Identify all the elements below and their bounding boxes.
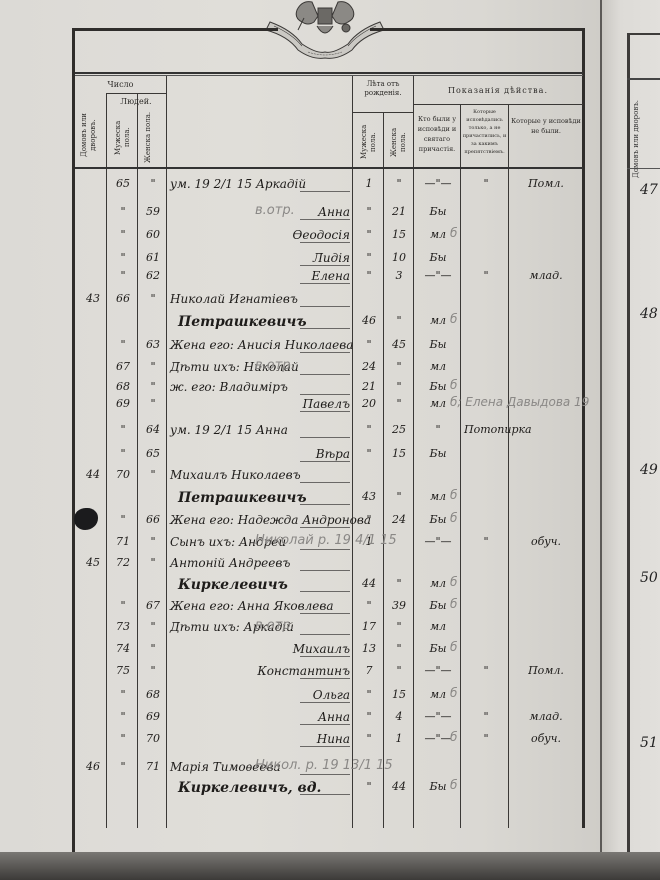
age-female: "	[386, 620, 412, 633]
age-male: "	[356, 688, 382, 701]
header-people: Людей.	[106, 97, 166, 106]
name-underline	[300, 570, 350, 571]
name-underline	[300, 283, 350, 284]
person-name: Вѣра	[170, 447, 350, 461]
adjacent-header-households: Домовъ или дворовъ.	[632, 100, 641, 178]
name-underline	[300, 265, 350, 266]
male-count: "	[110, 228, 136, 241]
hdr-line-count	[106, 93, 166, 94]
pencil-annotation: б	[450, 312, 457, 326]
female-count: 62	[140, 269, 166, 282]
female-count: "	[140, 535, 166, 548]
hdr-line-age	[352, 112, 413, 113]
person-name: Николай Игнатіевъ	[170, 292, 350, 306]
age-male: 44	[356, 577, 382, 590]
name-underline	[300, 328, 350, 329]
col-line-1	[106, 93, 107, 828]
male-count: 71	[110, 535, 136, 548]
name-underline	[300, 191, 350, 192]
pencil-annotation: б	[450, 640, 457, 654]
male-count: "	[110, 513, 136, 526]
male-count: 73	[110, 620, 136, 633]
adjacent-household-51: 51	[640, 735, 658, 751]
age-male: "	[356, 228, 382, 241]
female-count: "	[140, 177, 166, 190]
age-male: "	[356, 269, 382, 282]
age-female: 39	[386, 599, 412, 612]
name-underline	[300, 702, 350, 703]
confessed-only-mark: "	[464, 535, 508, 548]
table-frame-right	[582, 28, 585, 828]
header-count: Число	[75, 80, 166, 89]
age-male: "	[356, 780, 382, 793]
person-name: ж. его: Владимiръ	[170, 380, 350, 394]
table-frame-top-right	[370, 28, 584, 31]
confessed-mark: Бы	[418, 251, 458, 264]
col-line-2	[137, 93, 138, 828]
adjacent-household-49: 49	[640, 462, 658, 478]
female-count: 65	[140, 447, 166, 460]
adjacent-header-rule	[627, 78, 660, 80]
hdr-line-actions	[413, 104, 583, 105]
female-count: "	[140, 360, 166, 373]
col-line-3	[166, 76, 167, 828]
female-count: 68	[140, 688, 166, 701]
household-number: 46	[82, 760, 104, 773]
name-underline	[300, 634, 350, 635]
age-male: "	[356, 423, 382, 436]
header-top-rule-inner	[75, 75, 583, 76]
person-name: Михаилъ Николаевъ	[170, 468, 350, 482]
age-male: "	[356, 710, 382, 723]
pencil-annotation: б	[450, 575, 457, 589]
table-frame-top-left	[72, 28, 278, 31]
adjacent-household-48: 48	[640, 306, 658, 322]
female-count: "	[140, 664, 166, 677]
male-count: 65	[110, 177, 136, 190]
not-confessed-mark: Помл.	[510, 177, 582, 190]
register-page: ИСПОВЕДНАЯ ВЕДОМОСТЬ Число Людей. Домовъ…	[0, 0, 600, 860]
pencil-annotation: б	[450, 730, 457, 744]
age-female: 25	[386, 423, 412, 436]
not-confessed-mark: обуч.	[510, 535, 582, 548]
male-count: "	[110, 710, 136, 723]
adjacent-household-47: 47	[640, 182, 658, 198]
name-underline	[300, 461, 350, 462]
name-underline	[300, 549, 350, 550]
male-count: 67	[110, 360, 136, 373]
name-underline	[300, 613, 350, 614]
age-female: 44	[386, 780, 412, 793]
male-count: "	[110, 205, 136, 218]
age-male: "	[356, 599, 382, 612]
female-count: 67	[140, 599, 166, 612]
male-count: 69	[110, 397, 136, 410]
person-name: Елена	[170, 269, 350, 283]
not-confessed-mark: обуч.	[510, 732, 582, 745]
name-underline	[300, 504, 350, 505]
female-count: 61	[140, 251, 166, 264]
name-underline	[300, 394, 350, 395]
header-not-confessed: Которые у исповѣди не были.	[510, 116, 582, 136]
person-name: Антоній Андреевъ	[170, 556, 350, 570]
female-count: 69	[140, 710, 166, 723]
female-count: 64	[140, 423, 166, 436]
name-underline	[300, 527, 350, 528]
age-male: "	[356, 338, 382, 351]
household-number: 43	[82, 292, 104, 305]
age-male: 17	[356, 620, 382, 633]
female-count: 71	[140, 760, 166, 773]
person-name: Нина	[170, 732, 350, 746]
age-male: 21	[356, 380, 382, 393]
name-underline	[300, 724, 350, 725]
person-name: Михаилъ	[170, 642, 350, 656]
name-underline	[300, 774, 350, 775]
confessed-mark: —"—	[418, 535, 458, 548]
name-underline	[300, 678, 350, 679]
female-count: "	[140, 468, 166, 481]
person-name: ум. 19 2/1 15 Аркадій	[170, 177, 350, 191]
header-age-female: Женска пола.	[390, 118, 406, 166]
pencil-annotation: в.отр.	[255, 203, 295, 218]
age-female: "	[386, 177, 412, 190]
male-count: 75	[110, 664, 136, 677]
age-male: "	[356, 205, 382, 218]
age-male: 43	[356, 490, 382, 503]
female-count: 63	[140, 338, 166, 351]
age-male: 24	[356, 360, 382, 373]
name-underline	[300, 656, 350, 657]
age-female: "	[386, 577, 412, 590]
age-male: "	[356, 513, 382, 526]
col-line-5	[383, 112, 384, 828]
age-female: 4	[386, 710, 412, 723]
name-underline	[300, 411, 350, 412]
age-female: 21	[386, 205, 412, 218]
person-name: Өеодосія	[170, 228, 350, 242]
pencil-annotation: б	[450, 226, 457, 240]
male-count: "	[110, 447, 136, 460]
pencil-annotation: б	[450, 488, 457, 502]
pencil-annotation: Николай р. 19 4/1 15	[255, 533, 397, 548]
pencil-annotation: Никол. р. 19 13/1 15	[255, 758, 393, 773]
age-female: "	[386, 642, 412, 655]
not-confessed-mark: Помл.	[510, 664, 582, 677]
pencil-annotation: б	[450, 686, 457, 700]
male-count: "	[110, 688, 136, 701]
age-male: 20	[356, 397, 382, 410]
age-male: "	[356, 732, 382, 745]
person-name: Анна	[170, 710, 350, 724]
name-underline	[300, 374, 350, 375]
col-line-4	[352, 76, 353, 828]
confessed-mark: мл	[418, 620, 458, 633]
page-bottom-shadow	[0, 852, 660, 880]
age-female: 15	[386, 447, 412, 460]
pencil-annotation: в.отр.	[255, 358, 295, 373]
adjacent-page: Домовъ или дворовъ. 47 48 49 50 51	[600, 0, 660, 860]
adjacent-household-50: 50	[640, 570, 658, 586]
name-underline	[300, 794, 350, 795]
name-underline	[300, 352, 350, 353]
male-count: 66	[110, 292, 136, 305]
not-confessed-mark: млад.	[510, 710, 582, 723]
confessed-only-mark: "	[464, 664, 508, 677]
col-line-7	[460, 104, 461, 828]
name-underline	[300, 746, 350, 747]
female-count: "	[140, 292, 166, 305]
person-name: Жена его: Анна Яковлева	[170, 599, 350, 613]
female-count: 59	[140, 205, 166, 218]
header-confessed-only: Которые исповѣдались только, а не причас…	[462, 108, 507, 156]
name-underline	[300, 437, 350, 438]
age-male: "	[356, 251, 382, 264]
person-name: Павелъ	[170, 397, 350, 411]
pencil-annotation: б	[450, 778, 457, 792]
header-age: Лѣта отъ рожденія.	[354, 80, 412, 98]
male-count: 72	[110, 556, 136, 569]
person-name: Жена его: Надежда Андронова	[170, 513, 350, 527]
age-female: "	[386, 380, 412, 393]
confessed-mark: —"—	[418, 177, 458, 190]
confessed-only-mark: "	[464, 177, 508, 190]
male-count: 70	[110, 468, 136, 481]
name-underline	[300, 591, 350, 592]
name-underline	[300, 219, 350, 220]
confessed-only-mark: "	[464, 732, 508, 745]
female-count: 70	[140, 732, 166, 745]
male-count: "	[110, 732, 136, 745]
male-count: "	[110, 269, 136, 282]
female-count: "	[140, 642, 166, 655]
pencil-annotation: б	[450, 511, 457, 525]
male-count: 68	[110, 380, 136, 393]
pencil-annotation: б	[450, 378, 457, 392]
male-count: "	[110, 599, 136, 612]
age-female: 3	[386, 269, 412, 282]
age-female: 15	[386, 688, 412, 701]
name-underline	[300, 306, 350, 307]
age-female: "	[386, 360, 412, 373]
confessed-mark: —"—	[418, 710, 458, 723]
age-male: 46	[356, 314, 382, 327]
header-actions: Показанія дѣйства.	[414, 86, 582, 95]
person-name: Константинъ	[170, 664, 350, 678]
age-female: 45	[386, 338, 412, 351]
age-female: 15	[386, 228, 412, 241]
age-female: "	[386, 490, 412, 503]
female-count: 60	[140, 228, 166, 241]
name-underline	[300, 482, 350, 483]
person-name: Жена его: Анисія Николаева	[170, 338, 350, 352]
person-name: ум. 19 2/1 15 Анна	[170, 423, 350, 437]
name-underline	[300, 242, 350, 243]
header-households: Домовъ или дворовъ.	[80, 105, 102, 165]
age-female: "	[386, 397, 412, 410]
header-male-count: Мужеска пола.	[114, 110, 130, 165]
age-female: 10	[386, 251, 412, 264]
confessed-mark: мл	[418, 360, 458, 373]
age-female: "	[386, 314, 412, 327]
male-count: "	[110, 423, 136, 436]
confessed-only-mark: Потопирка	[464, 423, 508, 436]
col-line-8	[508, 104, 509, 828]
female-count: 66	[140, 513, 166, 526]
confessed-mark: —"—	[418, 664, 458, 677]
header-top-rule	[75, 72, 583, 74]
male-count: 74	[110, 642, 136, 655]
female-count: "	[140, 620, 166, 633]
household-number: 44	[82, 468, 104, 481]
age-male: 13	[356, 642, 382, 655]
confessed-mark: Бы	[418, 338, 458, 351]
person-name: Ольга	[170, 688, 350, 702]
age-male: "	[356, 447, 382, 460]
hdr-bottom-rule	[75, 167, 583, 169]
female-count: "	[140, 397, 166, 410]
confessed-mark: Бы	[418, 447, 458, 460]
pencil-annotation: в.отр.	[255, 618, 295, 633]
confessed-only-mark: "	[464, 269, 508, 282]
person-name: Лидія	[170, 251, 350, 265]
age-female: 1	[386, 732, 412, 745]
male-count: "	[110, 760, 136, 773]
confessed-only-mark: "	[464, 710, 508, 723]
confessed-mark: Бы	[418, 205, 458, 218]
confessed-mark: "	[418, 423, 458, 436]
female-count: "	[140, 380, 166, 393]
age-male: 1	[356, 177, 382, 190]
male-count: "	[110, 338, 136, 351]
male-count: "	[110, 251, 136, 264]
header-female-count: Женска пола.	[144, 110, 160, 165]
confessed-mark: —"—	[418, 269, 458, 282]
age-male: 7	[356, 664, 382, 677]
female-count: "	[140, 556, 166, 569]
col-line-6	[413, 76, 414, 828]
pencil-annotation: б; Елена Давыдова 19	[450, 395, 589, 409]
age-female: 24	[386, 513, 412, 526]
age-female: "	[386, 664, 412, 677]
household-number: 45	[82, 556, 104, 569]
pencil-annotation: б	[450, 597, 457, 611]
header-age-male: Мужеска пола.	[360, 118, 376, 166]
header-confessed: Кто были у исповѣди и святаго причастія.	[415, 114, 459, 154]
not-confessed-mark: млад.	[510, 269, 582, 282]
